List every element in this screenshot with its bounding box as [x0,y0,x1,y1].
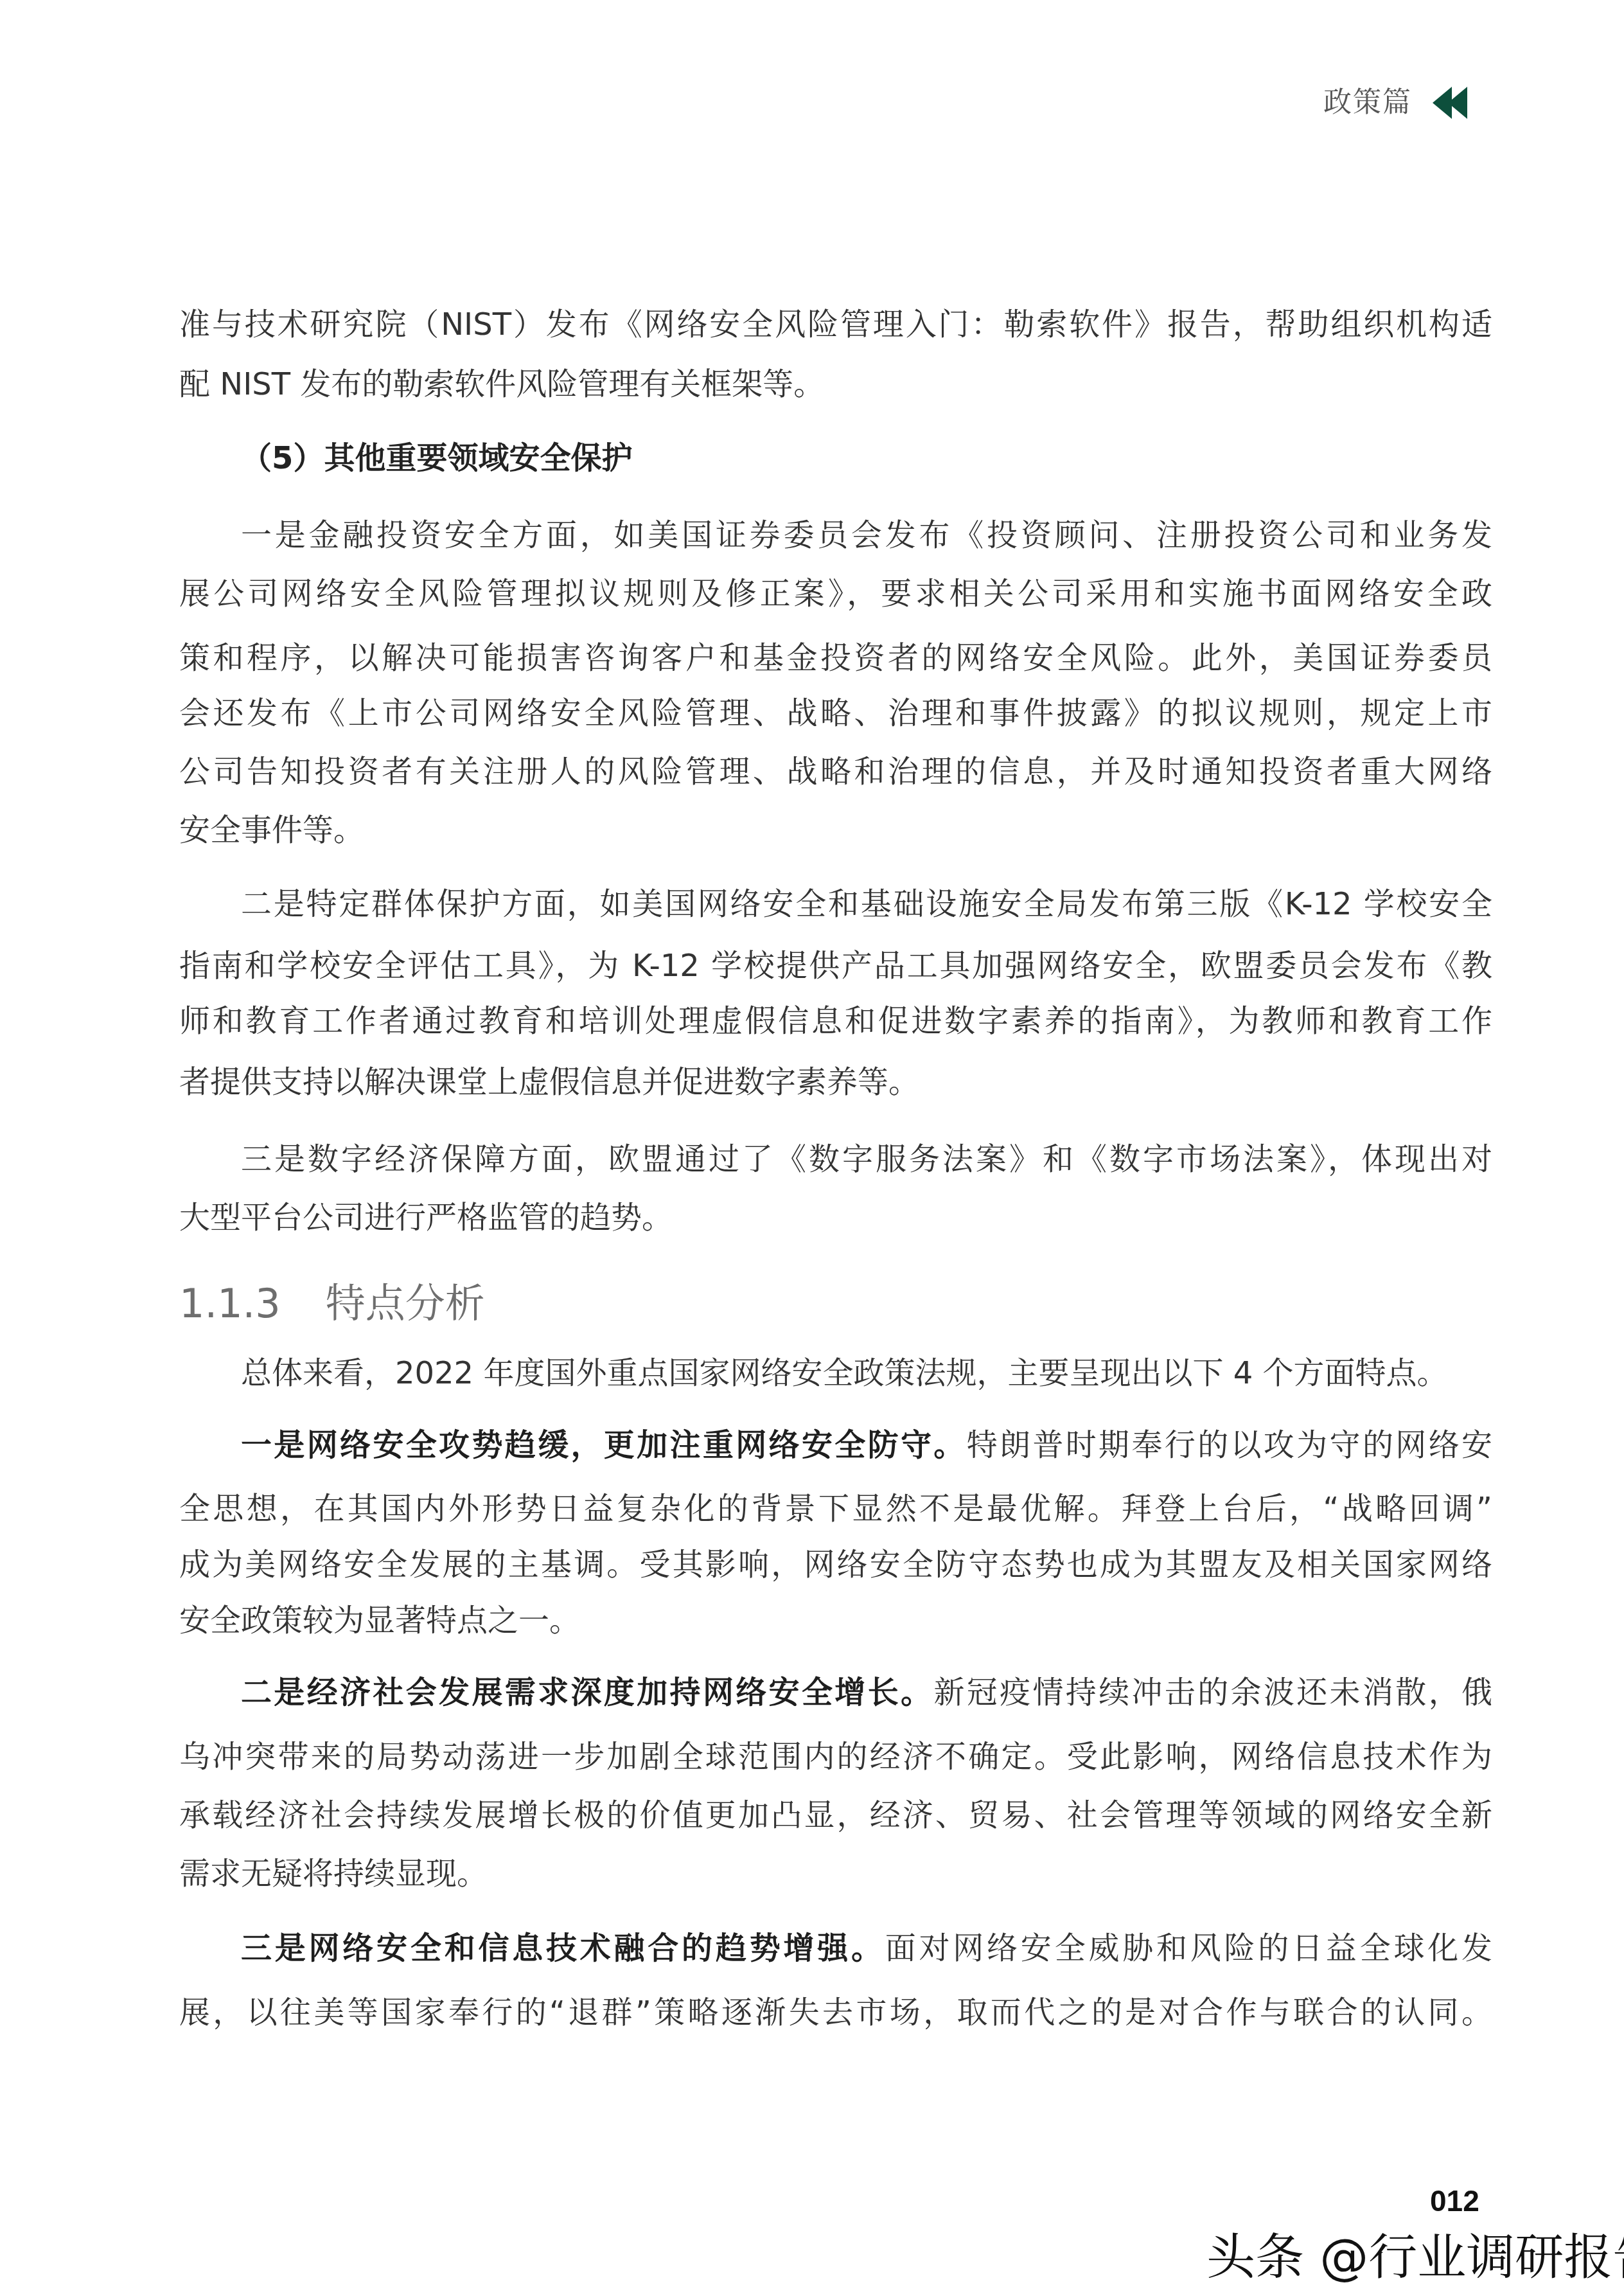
section-intro: 总体来看，2022 年度国外重点国家网络安全政策法规，主要呈现出以下 4 个方面… [241,1354,1492,1392]
paragraph-line: 者提供支持以解决课堂上虚假信息并促进数字素养等。 [179,1063,1492,1101]
paragraph-line: 展公司网络安全风险管理拟议规则及修正案》，要求相关公司采用和实施书面网络安全政 [179,574,1492,613]
page-header: 政策篇 [1323,84,1469,122]
paragraph-line: 安全事件等。 [179,811,1492,849]
paragraph-line: 需求无疑将持续显现。 [179,1854,1492,1893]
watermark: 头条 @行业调研报告 [1206,2228,1624,2285]
paragraph-line: 成为美网络安全发展的主基调。受其影响，网络安全防守态势也成为其盟友及相关国家网络 [179,1545,1492,1584]
feature-text: 新冠疫情持续冲击的余波还未消散，俄 [933,1675,1492,1711]
subsection-heading: （5）其他重要领域安全保护 [241,439,632,477]
paragraph-line: 配 NIST 发布的勒索软件风险管理有关框架等。 [179,365,1492,404]
feature-lead: 二是经济社会发展需求深度加持网络安全增长。 [241,1675,933,1711]
feature-lead: 三是网络安全和信息技术融合的趋势增强。 [241,1930,885,1966]
paragraph-line: 安全政策较为显著特点之一。 [179,1601,1492,1640]
paragraph-line: 承载经济社会持续发展增长极的价值更加凸显，经济、贸易、社会管理等领域的网络安全新 [179,1796,1492,1835]
feature-line: 一是网络安全攻势趋缓，更加注重网络安全防守。特朗普时期奉行的以攻为守的网络安 [241,1426,1492,1464]
paragraph-line: 会还发布《上市公司网络安全风险管理、战略、治理和事件披露》的拟议规则，规定上市 [179,694,1492,733]
page-number: 012 [1430,2183,1479,2218]
paragraph-line: 准与技术研究院（NIST）发布《网络安全风险管理入门：勒索软件》报告，帮助组织机… [179,305,1492,344]
paragraph-line: 乌冲突带来的局势动荡进一步加剧全球范围内的经济不确定。受此影响，网络信息技术作为 [179,1738,1492,1776]
paragraph-line: 展，以往美等国家奉行的“退群”策略逐渐失去市场，取而代之的是对合作与联合的认同。 [179,1993,1492,2032]
paragraph-line: 公司告知投资者有关注册人的风险管理、战略和治理的信息，并及时通知投资者重大网络 [179,752,1492,791]
paragraph-line: 二是特定群体保护方面，如美国网络安全和基础设施安全局发布第三版《K-12 学校安… [241,885,1492,923]
feature-text: 面对网络安全威胁和风险的日益全球化发 [885,1930,1492,1966]
feature-line: 三是网络安全和信息技术融合的趋势增强。面对网络安全威胁和风险的日益全球化发 [241,1929,1492,1968]
feature-lead: 一是网络安全攻势趋缓，更加注重网络安全防守。 [241,1427,967,1463]
paragraph-line: 策和程序，以解决可能损害咨询客户和基金投资者的网络安全风险。此外，美国证券委员 [179,639,1492,677]
paragraph-line: 三是数字经济保障方面，欧盟通过了《数字服务法案》和《数字市场法案》，体现出对 [241,1140,1492,1178]
paragraph-line: 大型平台公司进行严格监管的趋势。 [179,1198,1492,1237]
paragraph-line: 全思想，在其国内外形势日益复杂化的背景下显然不是最优解。拜登上台后，“战略回调” [179,1489,1492,1528]
section-title: 特点分析 [326,1280,485,1327]
double-left-arrow-icon [1433,87,1469,119]
paragraph-line: 师和教育工作者通过教育和培训处理虚假信息和促进数字素养的指南》，为教师和教育工作 [179,1002,1492,1040]
feature-text: 特朗普时期奉行的以攻为守的网络安 [967,1427,1492,1463]
section-heading: 1.1.3特点分析 [179,1283,485,1325]
section-number: 1.1.3 [179,1280,281,1327]
feature-line: 二是经济社会发展需求深度加持网络安全增长。新冠疫情持续冲击的余波还未消散，俄 [241,1673,1492,1712]
section-label: 政策篇 [1323,84,1412,122]
paragraph-line: 指南和学校安全评估工具》，为 K-12 学校提供产品工具加强网络安全，欧盟委员会… [179,947,1492,985]
paragraph-line: 一是金融投资安全方面，如美国证券委员会发布《投资顾问、注册投资公司和业务发 [241,516,1492,555]
